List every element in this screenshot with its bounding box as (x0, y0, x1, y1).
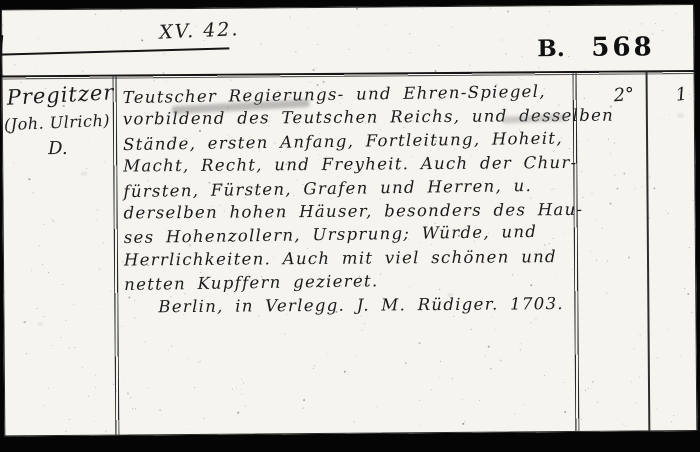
card-number: 568 (591, 32, 655, 62)
header-rule (2, 70, 695, 79)
title-entry: Teutscher Regierungs- und Ehren-Spiegel,… (123, 81, 577, 319)
author-forenames: (Joh. Ulrich) (4, 111, 111, 135)
shelfmark: XV. 42. (159, 18, 240, 43)
copies-column-divider (646, 71, 651, 431)
entry-imprint-line: Berlin, in Verlegg. J. M. Rüdiger. 1703. (124, 292, 576, 319)
author-column-divider (113, 76, 120, 436)
format-value: 2° (613, 84, 635, 107)
series-letter: B. (537, 35, 565, 62)
scanned-catalog-card-page: XV. 42. B. 568 Pregitzer (Joh. Ulrich) D… (0, 0, 700, 452)
author-note: D. (48, 138, 68, 159)
author-surname: Pregitzer (6, 80, 115, 110)
copies-count: 1 (675, 84, 689, 106)
catalog-card: XV. 42. B. 568 Pregitzer (Joh. Ulrich) D… (1, 4, 697, 436)
shelfmark-underline (0, 47, 229, 55)
